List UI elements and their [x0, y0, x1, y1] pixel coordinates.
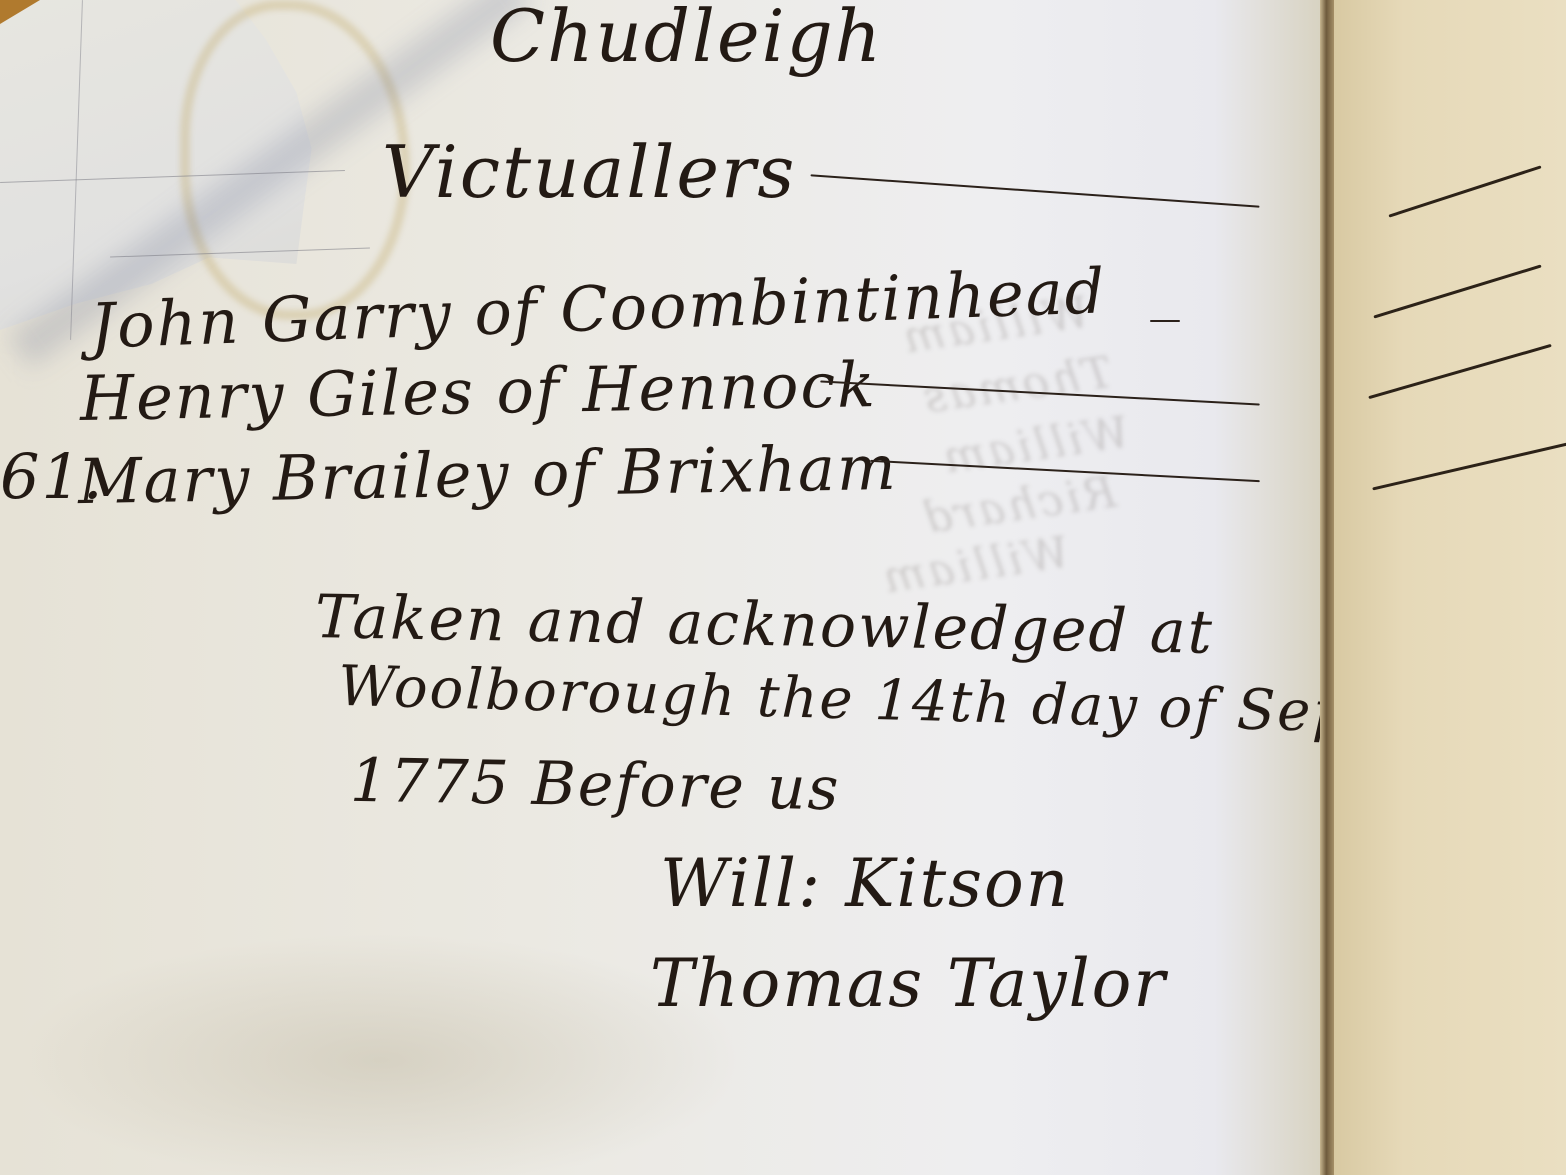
- signature-1: Will: Kitson: [660, 845, 1070, 922]
- book-spread: William Thomas William Richard William C…: [0, 0, 1566, 1175]
- attestation-line-3: 1775 Before us: [349, 746, 841, 825]
- entry-3: Mary Brailey of Brixham: [77, 431, 898, 518]
- signature-2: Thomas Taylor: [650, 945, 1167, 1022]
- book-gutter: [1320, 0, 1334, 1175]
- category-heading: Victuallers: [382, 130, 796, 214]
- right-page: [1334, 0, 1566, 1175]
- entry-2: Henry Giles of Hennock: [79, 348, 877, 435]
- place-heading: Chudleigh: [490, 0, 883, 78]
- entry-1-rule: [1150, 320, 1180, 322]
